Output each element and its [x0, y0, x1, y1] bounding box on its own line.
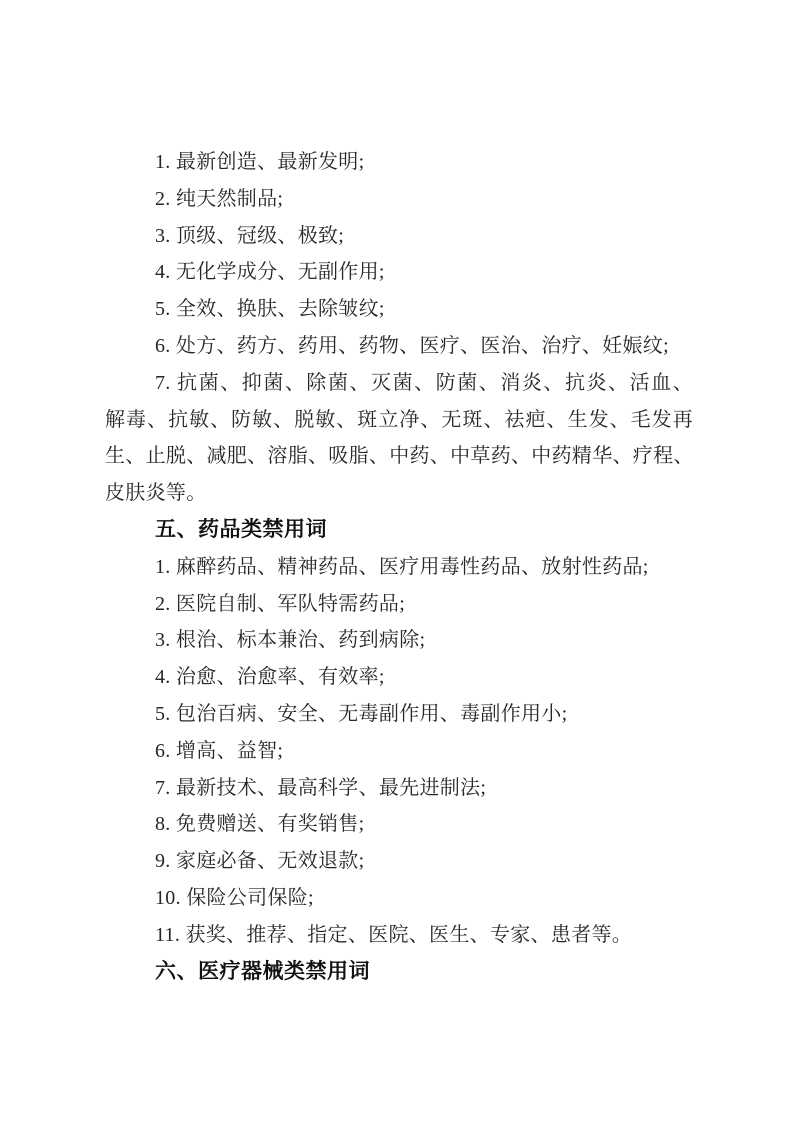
list-item: 3. 顶级、冠级、极致;: [105, 218, 693, 255]
list-item: 4. 治愈、治愈率、有效率;: [105, 659, 693, 696]
list-item: 6. 增高、益智;: [105, 733, 693, 770]
list-item: 2. 医院自制、军队特需药品;: [105, 586, 693, 623]
list-item-continuation: 生、止脱、减肥、溶脂、吸脂、中药、中草药、中药精华、疗程、: [105, 438, 693, 475]
section-heading-drugs: 五、药品类禁用词: [105, 512, 693, 549]
list-item: 5. 全效、换肤、去除皱纹;: [105, 291, 693, 328]
list-item: 11. 获奖、推荐、指定、医院、医生、专家、患者等。: [105, 917, 693, 954]
list-item: 9. 家庭必备、无效退款;: [105, 843, 693, 880]
list-item: 8. 免费赠送、有奖销售;: [105, 806, 693, 843]
list-item: 7. 最新技术、最高科学、最先进制法;: [105, 770, 693, 807]
list-item-continuation: 皮肤炎等。: [105, 475, 693, 512]
list-item: 6. 处方、药方、药用、药物、医疗、医治、治疗、妊娠纹;: [105, 328, 693, 365]
list-item: 3. 根治、标本兼治、药到病除;: [105, 622, 693, 659]
document-text-block: 1. 最新创造、最新发明; 2. 纯天然制品; 3. 顶级、冠级、极致; 4. …: [105, 144, 693, 990]
list-item: 10. 保险公司保险;: [105, 880, 693, 917]
list-item: 4. 无化学成分、无副作用;: [105, 254, 693, 291]
list-item: 7. 抗菌、抑菌、除菌、灭菌、防菌、消炎、抗炎、活血、: [105, 365, 693, 402]
document-page: 1. 最新创造、最新发明; 2. 纯天然制品; 3. 顶级、冠级、极致; 4. …: [0, 0, 793, 1122]
list-item: 2. 纯天然制品;: [105, 181, 693, 218]
list-item: 5. 包治百病、安全、无毒副作用、毒副作用小;: [105, 696, 693, 733]
list-item: 1. 麻醉药品、精神药品、医疗用毒性药品、放射性药品;: [105, 549, 693, 586]
list-item-continuation: 解毒、抗敏、防敏、脱敏、斑立净、无斑、祛疤、生发、毛发再: [105, 402, 693, 439]
section-heading-medical-devices: 六、医疗器械类禁用词: [105, 954, 693, 991]
list-item: 1. 最新创造、最新发明;: [105, 144, 693, 181]
